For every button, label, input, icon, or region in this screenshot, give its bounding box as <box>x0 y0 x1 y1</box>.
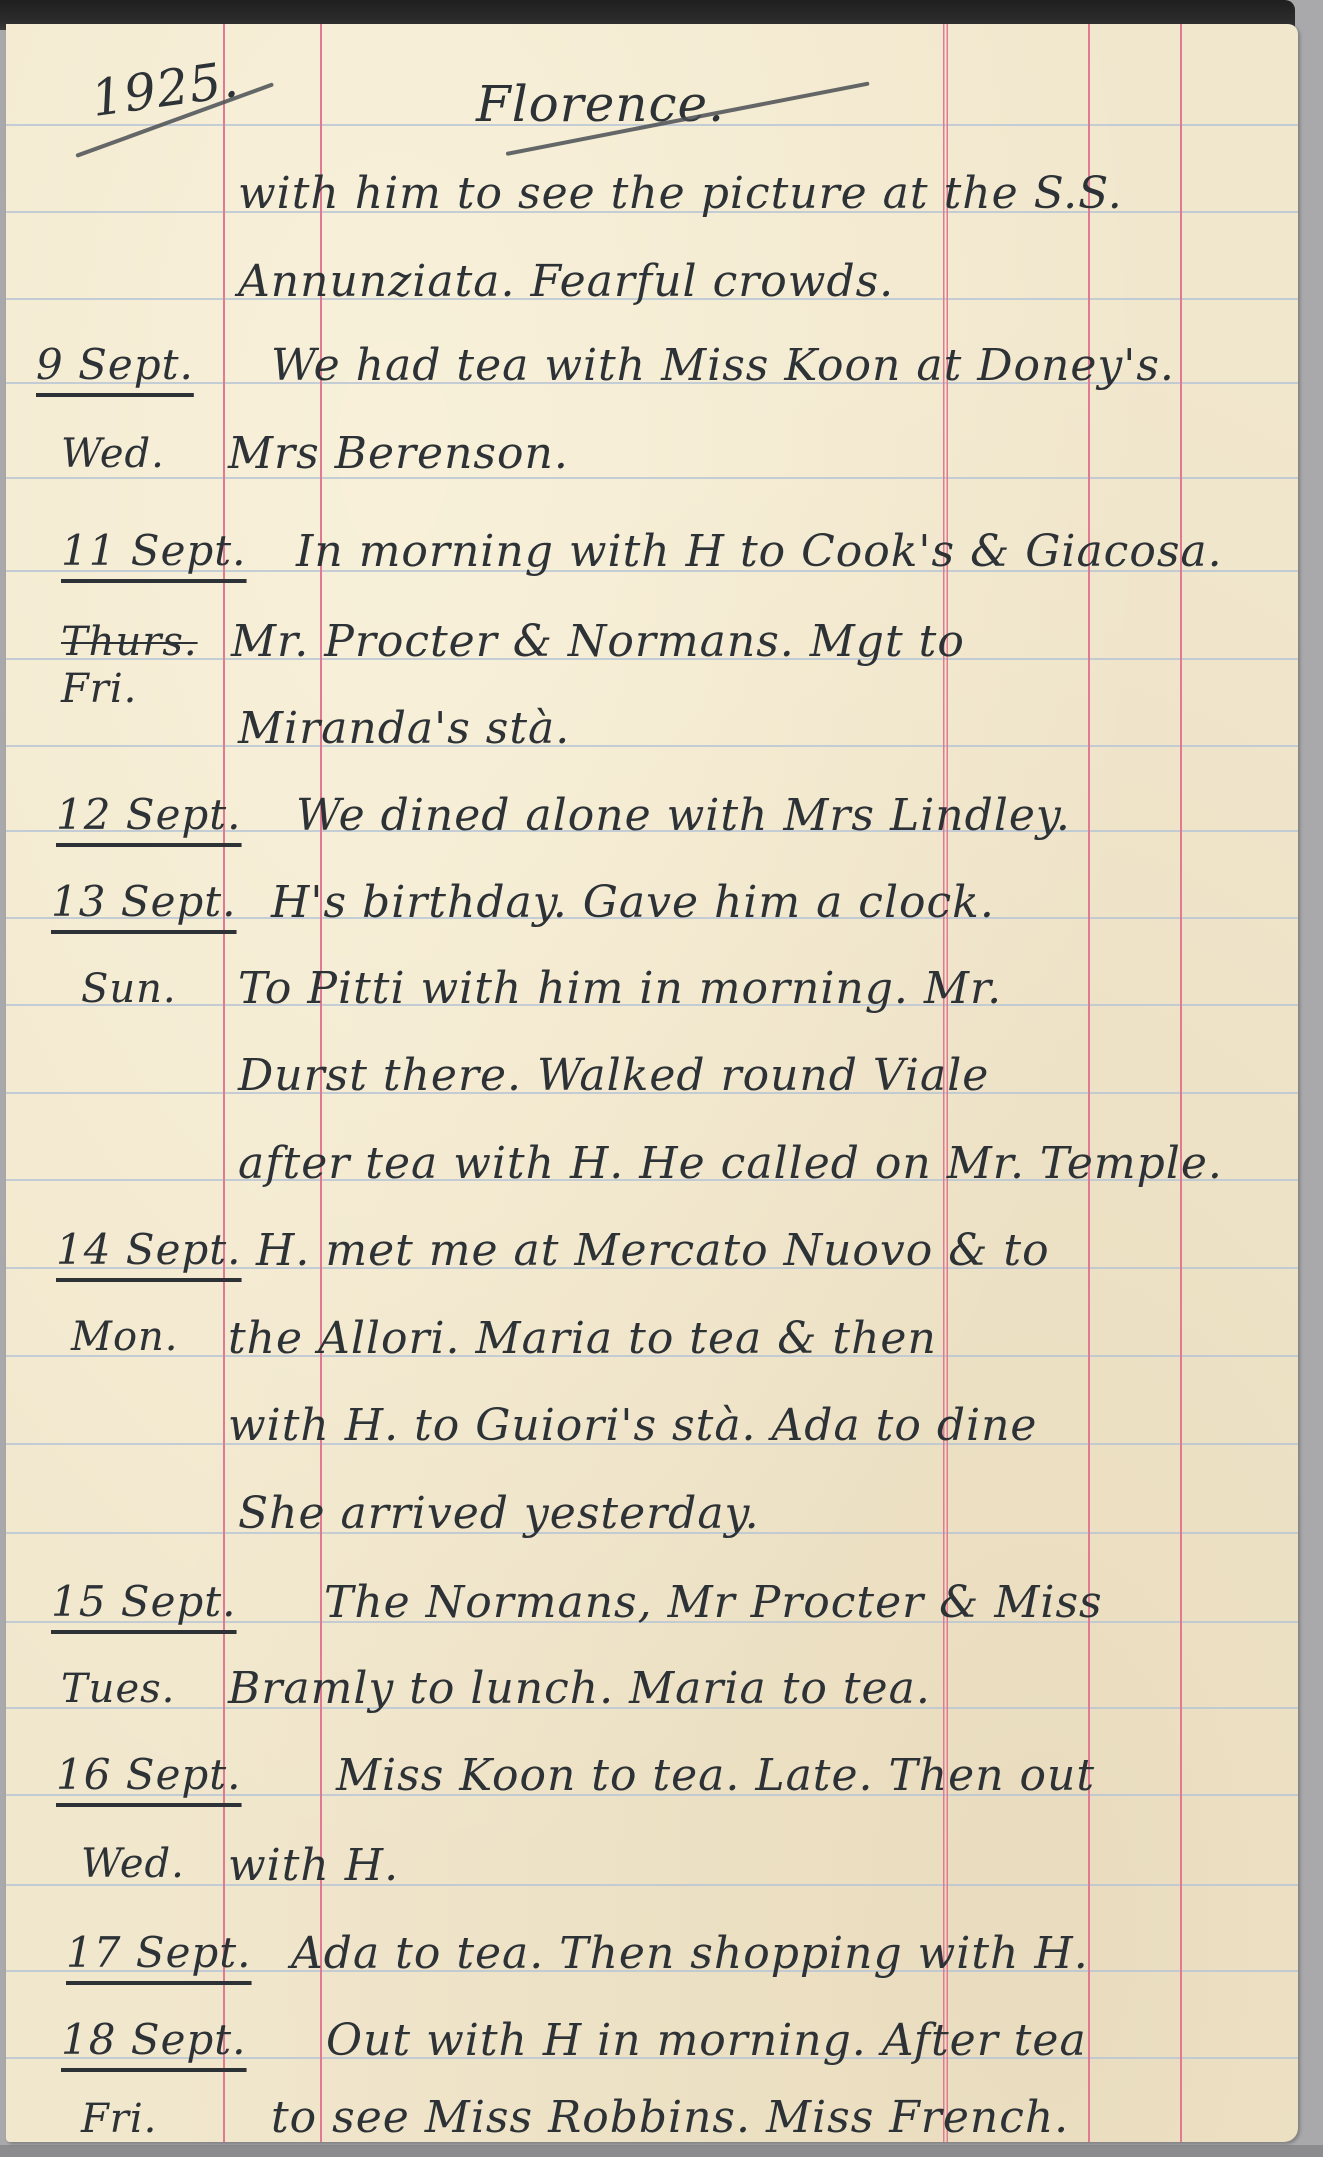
money-column-line <box>1180 24 1182 2142</box>
scan-background <box>0 2145 1323 2157</box>
entry-day: Fri. <box>61 669 137 709</box>
entry-line: Durst there. Walked round Viale <box>238 1054 989 1098</box>
entry-line: Mr. Procter & Normans. Mgt to <box>231 620 965 664</box>
entry-date: 13 Sept. <box>51 881 237 923</box>
entry-date: 14 Sept. <box>56 1229 242 1271</box>
entry-date: 9 Sept. <box>36 344 194 386</box>
entry-line: to see Miss Robbins. Miss French. <box>271 2096 1069 2140</box>
entry-date: 15 Sept. <box>51 1581 237 1623</box>
entry-line: Miranda's stà. <box>238 707 570 751</box>
entry-day: Sun. <box>81 969 177 1009</box>
entry-date: 17 Sept. <box>66 1932 252 1974</box>
margin-line-date <box>223 24 225 2142</box>
entry-date: 16 Sept. <box>56 1754 242 1796</box>
entry-line: Mrs Berenson. <box>228 432 569 476</box>
entry-line: Out with H in morning. After tea <box>326 2019 1087 2063</box>
entry-line: the Allori. Maria to tea & then <box>228 1317 937 1361</box>
ruled-line <box>6 1884 1298 1886</box>
ruled-line <box>6 745 1298 747</box>
entry-day: Mon. <box>71 1317 179 1357</box>
header-place: Florence. <box>476 79 725 129</box>
ruled-line <box>6 477 1298 479</box>
entry-day: Fri. <box>81 2099 157 2139</box>
entry-line: with H. <box>228 1844 399 1888</box>
entry-date: 18 Sept. <box>61 2019 247 2061</box>
entry-line: after tea with H. He called on Mr. Templ… <box>238 1142 1223 1186</box>
diary-page: 1925. Florence. with him to see the pict… <box>6 24 1298 2142</box>
entry-line: To Pitti with him in morning. Mr. <box>238 967 1002 1011</box>
entry-line: Ada to tea. Then shopping with H. <box>291 1932 1089 1976</box>
entry-day: Tues. <box>61 1669 175 1709</box>
entry-line: The Normans, Mr Procter & Miss <box>324 1581 1103 1625</box>
entry-line: with him to see the picture at the S.S. <box>238 172 1123 216</box>
header-year: 1925. <box>88 54 242 124</box>
entry-day-struck: Thurs. <box>61 622 198 662</box>
entry-date: 12 Sept. <box>56 794 242 836</box>
entry-date: 11 Sept. <box>61 530 247 572</box>
entry-line: She arrived yesterday. <box>238 1492 760 1536</box>
entry-line: H. met me at Mercato Nuovo & to <box>256 1229 1050 1273</box>
entry-line: Annunziata. Fearful crowds. <box>238 260 894 304</box>
entry-day: Wed. <box>81 1844 185 1884</box>
entry-line: We dined alone with Mrs Lindley. <box>296 794 1071 838</box>
entry-day: Wed. <box>61 434 165 474</box>
entry-line: Bramly to lunch. Maria to tea. <box>228 1667 931 1711</box>
entry-line: In morning with H to Cook's & Giacosa. <box>296 530 1223 574</box>
entry-line: with H. to Guiori's stà. Ada to dine <box>228 1404 1037 1448</box>
entry-line: Miss Koon to tea. Late. Then out <box>336 1754 1095 1798</box>
entry-line: We had tea with Miss Koon at Doney's. <box>271 344 1175 388</box>
entry-line: H's birthday. Gave him a clock. <box>271 881 995 925</box>
